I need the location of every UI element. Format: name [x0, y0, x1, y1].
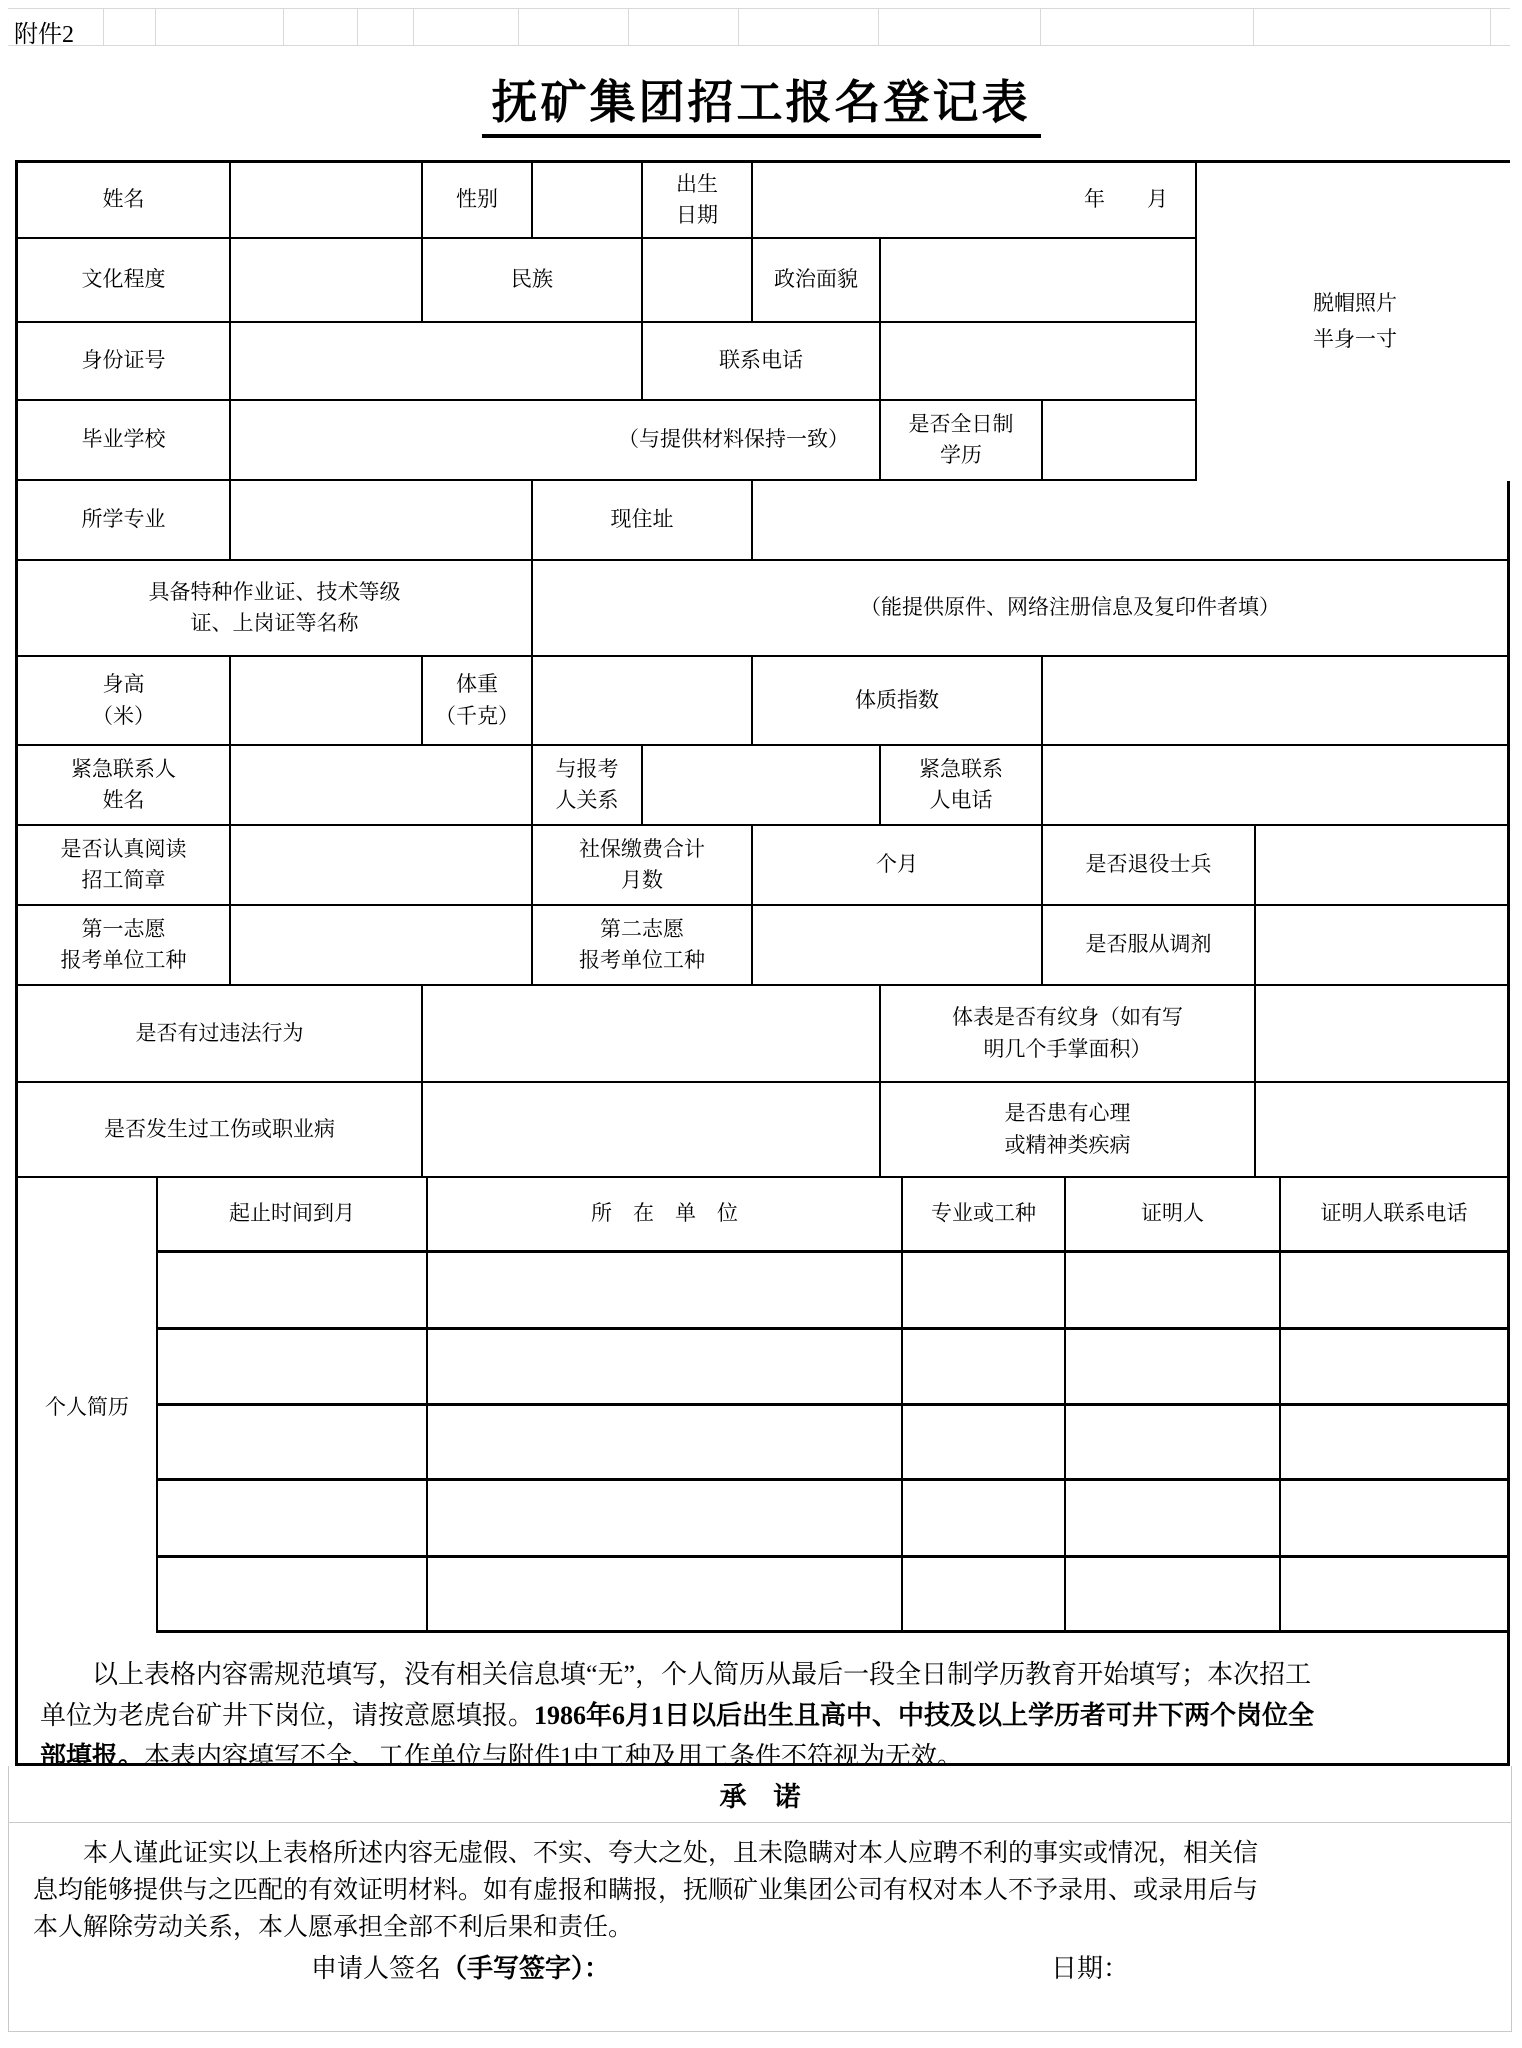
education-label: 文化程度	[18, 239, 231, 321]
height-label: 身高（米）	[18, 657, 231, 744]
resume-header-witness-phone: 证明人联系电话	[1281, 1178, 1507, 1250]
resume-row	[18, 1481, 1507, 1558]
resume-witness-phone-input[interactable]	[1281, 1406, 1507, 1478]
relation-input[interactable]	[643, 746, 881, 824]
resume-trade-input[interactable]	[903, 1406, 1066, 1478]
gridline	[283, 9, 284, 45]
row-emergency: 紧急联系人姓名 与报考人关系 紧急联系人电话	[18, 746, 1507, 826]
weight-input[interactable]	[533, 657, 753, 744]
emergency-name-input[interactable]	[231, 746, 533, 824]
emergency-phone-input[interactable]	[1043, 746, 1507, 824]
resume-period-input[interactable]	[158, 1481, 428, 1555]
social-months-input[interactable]: 个月	[753, 826, 1043, 904]
resume-witness-input[interactable]	[1066, 1253, 1281, 1327]
gridline	[738, 9, 739, 45]
fulltime-label: 是否全日制学历	[881, 401, 1043, 479]
read-notice-input[interactable]	[231, 826, 533, 904]
emergency-phone-label: 紧急联系人电话	[881, 746, 1043, 824]
ethnicity-label: 民族	[423, 239, 643, 321]
resume-witness-input[interactable]	[1066, 1481, 1281, 1555]
id-label: 身份证号	[18, 323, 231, 399]
resume-witness-phone-input[interactable]	[1281, 1253, 1507, 1327]
gridline	[155, 9, 156, 45]
second-choice-input[interactable]	[753, 906, 1043, 984]
education-input[interactable]	[231, 239, 423, 321]
political-label: 政治面貌	[753, 239, 881, 321]
row-social: 是否认真阅读招工简章 社保缴费合计月数 个月 是否退役士兵	[18, 826, 1507, 906]
row-body: 身高（米） 体重（千克） 体质指数	[18, 657, 1507, 746]
gridline	[1490, 9, 1491, 45]
row-injury: 是否发生过工伤或职业病 是否患有心理或精神类疾病	[18, 1083, 1507, 1178]
name-label: 姓名	[18, 163, 231, 237]
mental-input[interactable]	[1256, 1083, 1507, 1176]
resume-period-input[interactable]	[158, 1558, 428, 1630]
resume-unit-input[interactable]	[428, 1406, 903, 1478]
spreadsheet-page: 附件2 抚矿集团招工报名登记表 姓名 性别 出生日期 年 月 日 文化程度 民族…	[0, 0, 1522, 2048]
bmi-input[interactable]	[1043, 657, 1507, 744]
gender-input[interactable]	[533, 163, 643, 237]
school-label: 毕业学校	[18, 401, 231, 479]
veteran-input[interactable]	[1256, 826, 1507, 904]
adjust-label: 是否服从调剂	[1043, 906, 1256, 984]
certificates-label: 具备特种作业证、技术等级证、上岗证等名称	[18, 561, 533, 655]
emergency-name-label: 紧急联系人姓名	[18, 746, 231, 824]
social-label: 社保缴费合计月数	[533, 826, 753, 904]
ethnicity-input[interactable]	[643, 239, 753, 321]
resume-witness-input[interactable]	[1066, 1406, 1281, 1478]
spreadsheet-top-strip: 附件2	[8, 8, 1510, 46]
injury-label: 是否发生过工伤或职业病	[18, 1083, 423, 1176]
resume-row	[18, 1406, 1507, 1481]
id-input[interactable]	[231, 323, 643, 399]
first-choice-label: 第一志愿报考单位工种	[18, 906, 231, 984]
tattoo-input[interactable]	[1256, 986, 1507, 1081]
veteran-label: 是否退役士兵	[1043, 826, 1256, 904]
second-choice-label: 第二志愿报考单位工种	[533, 906, 753, 984]
address-label: 现住址	[533, 481, 753, 559]
row-major: 所学专业 现住址	[18, 481, 1507, 561]
height-input[interactable]	[231, 657, 423, 744]
major-label: 所学专业	[18, 481, 231, 559]
certificates-input[interactable]: （能提供原件、网络注册信息及复印件者填）	[533, 561, 1507, 655]
relation-label: 与报考人关系	[533, 746, 643, 824]
note-paragraph: 以上表格内容需规范填写，没有相关信息填“无”，个人简历从最后一段全日制学历教育开…	[18, 1633, 1507, 1769]
registration-form-table: 姓名 性别 出生日期 年 月 日 文化程度 民族 政治面貌 身份证号 联系电话 …	[15, 160, 1510, 1766]
resume-unit-input[interactable]	[428, 1253, 903, 1327]
form-title: 抚矿集团招工报名登记表	[0, 66, 1522, 138]
bmi-label: 体质指数	[753, 657, 1043, 744]
address-input[interactable]	[753, 481, 1507, 559]
gridline	[878, 9, 879, 45]
resume-trade-input[interactable]	[903, 1481, 1066, 1555]
resume-witness-phone-input[interactable]	[1281, 1330, 1507, 1403]
weight-label: 体重（千克）	[423, 657, 533, 744]
resume-witness-input[interactable]	[1066, 1558, 1281, 1630]
phone-label: 联系电话	[643, 323, 881, 399]
resume-unit-input[interactable]	[428, 1558, 903, 1630]
resume-witness-phone-input[interactable]	[1281, 1481, 1507, 1555]
resume-row	[18, 1558, 1507, 1633]
injury-input[interactable]	[423, 1083, 881, 1176]
illegal-input[interactable]	[423, 986, 881, 1081]
resume-witness-input[interactable]	[1066, 1330, 1281, 1403]
pledge-section: 承 诺 本人谨此证实以上表格所述内容无虚假、不实、夸大之处，且未隐瞒对本人应聘不…	[8, 1766, 1512, 2032]
date-label[interactable]: 日期：	[1051, 1948, 1129, 1985]
resume-section-label: 个人简历	[18, 1178, 158, 1633]
row-choices: 第一志愿报考单位工种 第二志愿报考单位工种 是否服从调剂	[18, 906, 1507, 986]
resume-unit-input[interactable]	[428, 1481, 903, 1555]
gridline	[1253, 9, 1254, 45]
dob-label: 出生日期	[643, 163, 753, 237]
resume-row	[18, 1253, 1507, 1330]
resume-header-row: 起止时间到月 所 在 单 位 专业或工种 证明人 证明人联系电话	[18, 1178, 1507, 1253]
row-certificates: 具备特种作业证、技术等级证、上岗证等名称 （能提供原件、网络注册信息及复印件者填…	[18, 561, 1507, 657]
adjust-input[interactable]	[1256, 906, 1507, 984]
resume-trade-input[interactable]	[903, 1558, 1066, 1630]
major-input[interactable]	[231, 481, 533, 559]
gender-label: 性别	[423, 163, 533, 237]
name-input[interactable]	[231, 163, 423, 237]
resume-trade-input[interactable]	[903, 1253, 1066, 1327]
resume-period-input[interactable]	[158, 1330, 428, 1403]
pledge-body: 本人谨此证实以上表格所述内容无虚假、不实、夸大之处，且未隐瞒对本人应聘不利的事实…	[9, 1823, 1511, 1946]
resume-header-period: 起止时间到月	[158, 1178, 428, 1250]
resume-unit-input[interactable]	[428, 1330, 903, 1403]
resume-trade-input[interactable]	[903, 1330, 1066, 1403]
resume-header-unit: 所 在 单 位	[428, 1178, 903, 1250]
read-notice-label: 是否认真阅读招工简章	[18, 826, 231, 904]
gridline	[1040, 9, 1041, 45]
attachment-label: 附件2	[14, 14, 74, 49]
illegal-label: 是否有过违法行为	[18, 986, 423, 1081]
resume-period-input[interactable]	[158, 1253, 428, 1327]
row-illegal: 是否有过违法行为 体表是否有纹身（如有写明几个手掌面积）	[18, 986, 1507, 1083]
signature-line: 申请人签名（手写签字）： 日期：	[9, 1948, 1511, 1988]
first-choice-input[interactable]	[231, 906, 533, 984]
resume-header-trade: 专业或工种	[903, 1178, 1066, 1250]
resume-witness-phone-input[interactable]	[1281, 1558, 1507, 1630]
resume-header-witness: 证明人	[1066, 1178, 1281, 1250]
resume-row	[18, 1330, 1507, 1406]
gridline	[357, 9, 358, 45]
gridline	[518, 9, 519, 45]
photo-cell: 脱帽照片半身一寸	[1195, 163, 1513, 481]
gridline	[103, 9, 104, 45]
school-input[interactable]: （与提供材料保持一致）	[231, 401, 881, 479]
resume-period-input[interactable]	[158, 1406, 428, 1478]
tattoo-label: 体表是否有纹身（如有写明几个手掌面积）	[881, 986, 1256, 1081]
gridline	[628, 9, 629, 45]
applicant-signature-label[interactable]: 申请人签名（手写签字）：	[311, 1948, 610, 1985]
pledge-title: 承 诺	[9, 1766, 1511, 1823]
gridline	[413, 9, 414, 45]
mental-label: 是否患有心理或精神类疾病	[881, 1083, 1256, 1176]
note-row: 以上表格内容需规范填写，没有相关信息填“无”，个人简历从最后一段全日制学历教育开…	[18, 1633, 1507, 1769]
